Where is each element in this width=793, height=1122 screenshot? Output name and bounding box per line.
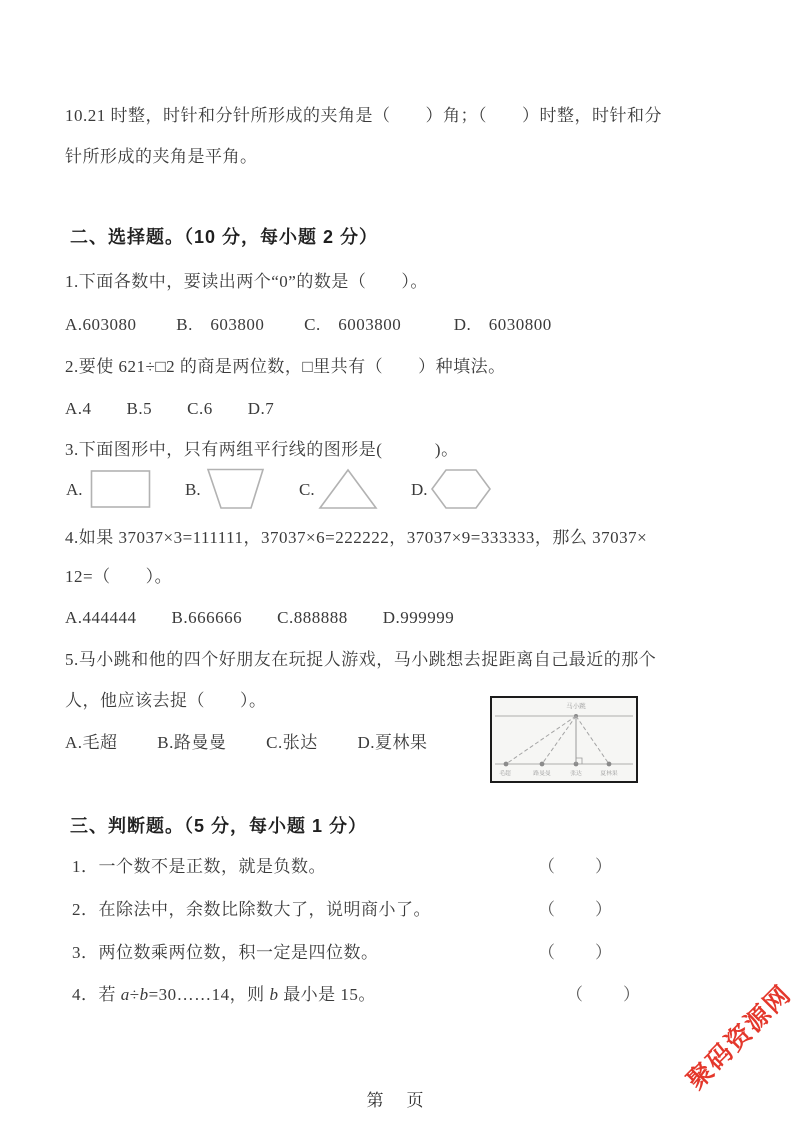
page-footer: 第 页 xyxy=(0,1086,793,1111)
answer-blank: （ ） xyxy=(538,943,614,963)
choice-q4-options: A.444444 B.666666 C.888888 D.999999 xyxy=(65,608,454,628)
answer-blank: （ ） xyxy=(566,985,642,1005)
choice-q4-line2: 12=（ ）。 xyxy=(65,567,172,587)
hexagon-shape-icon xyxy=(430,468,492,510)
diagram-bottom-label: 夏林果 xyxy=(600,769,618,777)
diagram-bottom-label: 路曼曼 xyxy=(533,769,551,777)
choice-q3-shape-options: A. B. C. D. xyxy=(0,468,793,514)
choice-q5-line2: 人，他应该去捉（ ）。 xyxy=(65,691,267,711)
choice-q1-text: 1.下面各数中，要读出两个“0”的数是（ ）。 xyxy=(65,272,428,292)
section-judge-title: 三、判断题。（5 分，每小题 1 分） xyxy=(70,816,367,836)
choice-q1-options: A.603080 B. 603800 C. 6003800 D. 6030800 xyxy=(65,315,552,335)
choice-q3-label-c: C. xyxy=(299,480,315,500)
question-10-line2: 针所形成的夹角是平角。 xyxy=(65,147,258,167)
judge-item-text: 4．若 a÷b=30……14，则 b 最小是 15。 xyxy=(72,985,376,1005)
choice-q5-options: A.毛超 B.路曼曼 C.张达 D.夏林果 xyxy=(65,733,427,753)
judge-item-2: 2．在除法中，余数比除数大了，说明商小了。 （ ） xyxy=(0,900,793,922)
section-choice-title: 二、选择题。（10 分，每小题 2 分） xyxy=(70,227,378,247)
judge-item-text: 2．在除法中，余数比除数大了，说明商小了。 xyxy=(72,900,431,920)
rectangle-shape-icon xyxy=(90,468,152,510)
math-variable: a xyxy=(121,985,130,1004)
question-10-line1: 10.21 时整，时针和分针所形成的夹角是（ ）角；（ ）时整，时针和分 xyxy=(65,106,662,126)
choice-q3-text: 3.下面图形中，只有两组平行线的图形是( )。 xyxy=(65,440,459,460)
choice-q2-text: 2.要使 621÷□2 的商是两位数，□里共有（ ）种填法。 xyxy=(65,357,506,377)
judge-item-3: 3．两位数乘两位数，积一定是四位数。 （ ） xyxy=(0,943,793,965)
judge-item-text: 3．两位数乘两位数，积一定是四位数。 xyxy=(72,943,379,963)
answer-blank: （ ） xyxy=(538,900,614,920)
diagram-bottom-label: 毛超 xyxy=(499,769,511,777)
answer-blank: （ ） xyxy=(538,857,614,877)
choice-q3-label-a: A. xyxy=(66,480,83,500)
diagram-bottom-label: 张达 xyxy=(570,769,582,777)
judge-item-1: 1．一个数不是正数，就是负数。 （ ） xyxy=(0,857,793,879)
choice-q4-line1: 4.如果 37037×3=111111，37037×6=222222，37037… xyxy=(65,528,647,548)
site-watermark: 聚码资源网 xyxy=(678,944,793,1097)
math-variable: b xyxy=(140,985,149,1004)
choice-q5-diagram: 马小跳 毛超 路曼曼 张达 夏林果 xyxy=(490,696,638,783)
trapezoid-shape-icon xyxy=(206,468,266,510)
choice-q2-options: A.4 B.5 C.6 D.7 xyxy=(65,399,274,419)
distance-diagram-figure: 马小跳 毛超 路曼曼 张达 夏林果 xyxy=(492,698,636,781)
exam-paper-page: 10.21 时整，时针和分针所形成的夹角是（ ）角；（ ）时整，时针和分 针所形… xyxy=(0,0,793,1122)
judge-item-4: 4．若 a÷b=30……14，则 b 最小是 15。 （ ） xyxy=(0,985,793,1007)
judge-item-text: 1．一个数不是正数，就是负数。 xyxy=(72,857,326,877)
choice-q3-label-b: B. xyxy=(185,480,201,500)
choice-q3-label-d: D. xyxy=(411,480,428,500)
diagram-top-label: 马小跳 xyxy=(566,701,586,710)
choice-q5-line1: 5.马小跳和他的四个好朋友在玩捉人游戏，马小跳想去捉距离自己最近的那个 xyxy=(65,650,656,670)
triangle-shape-icon xyxy=(316,468,380,510)
